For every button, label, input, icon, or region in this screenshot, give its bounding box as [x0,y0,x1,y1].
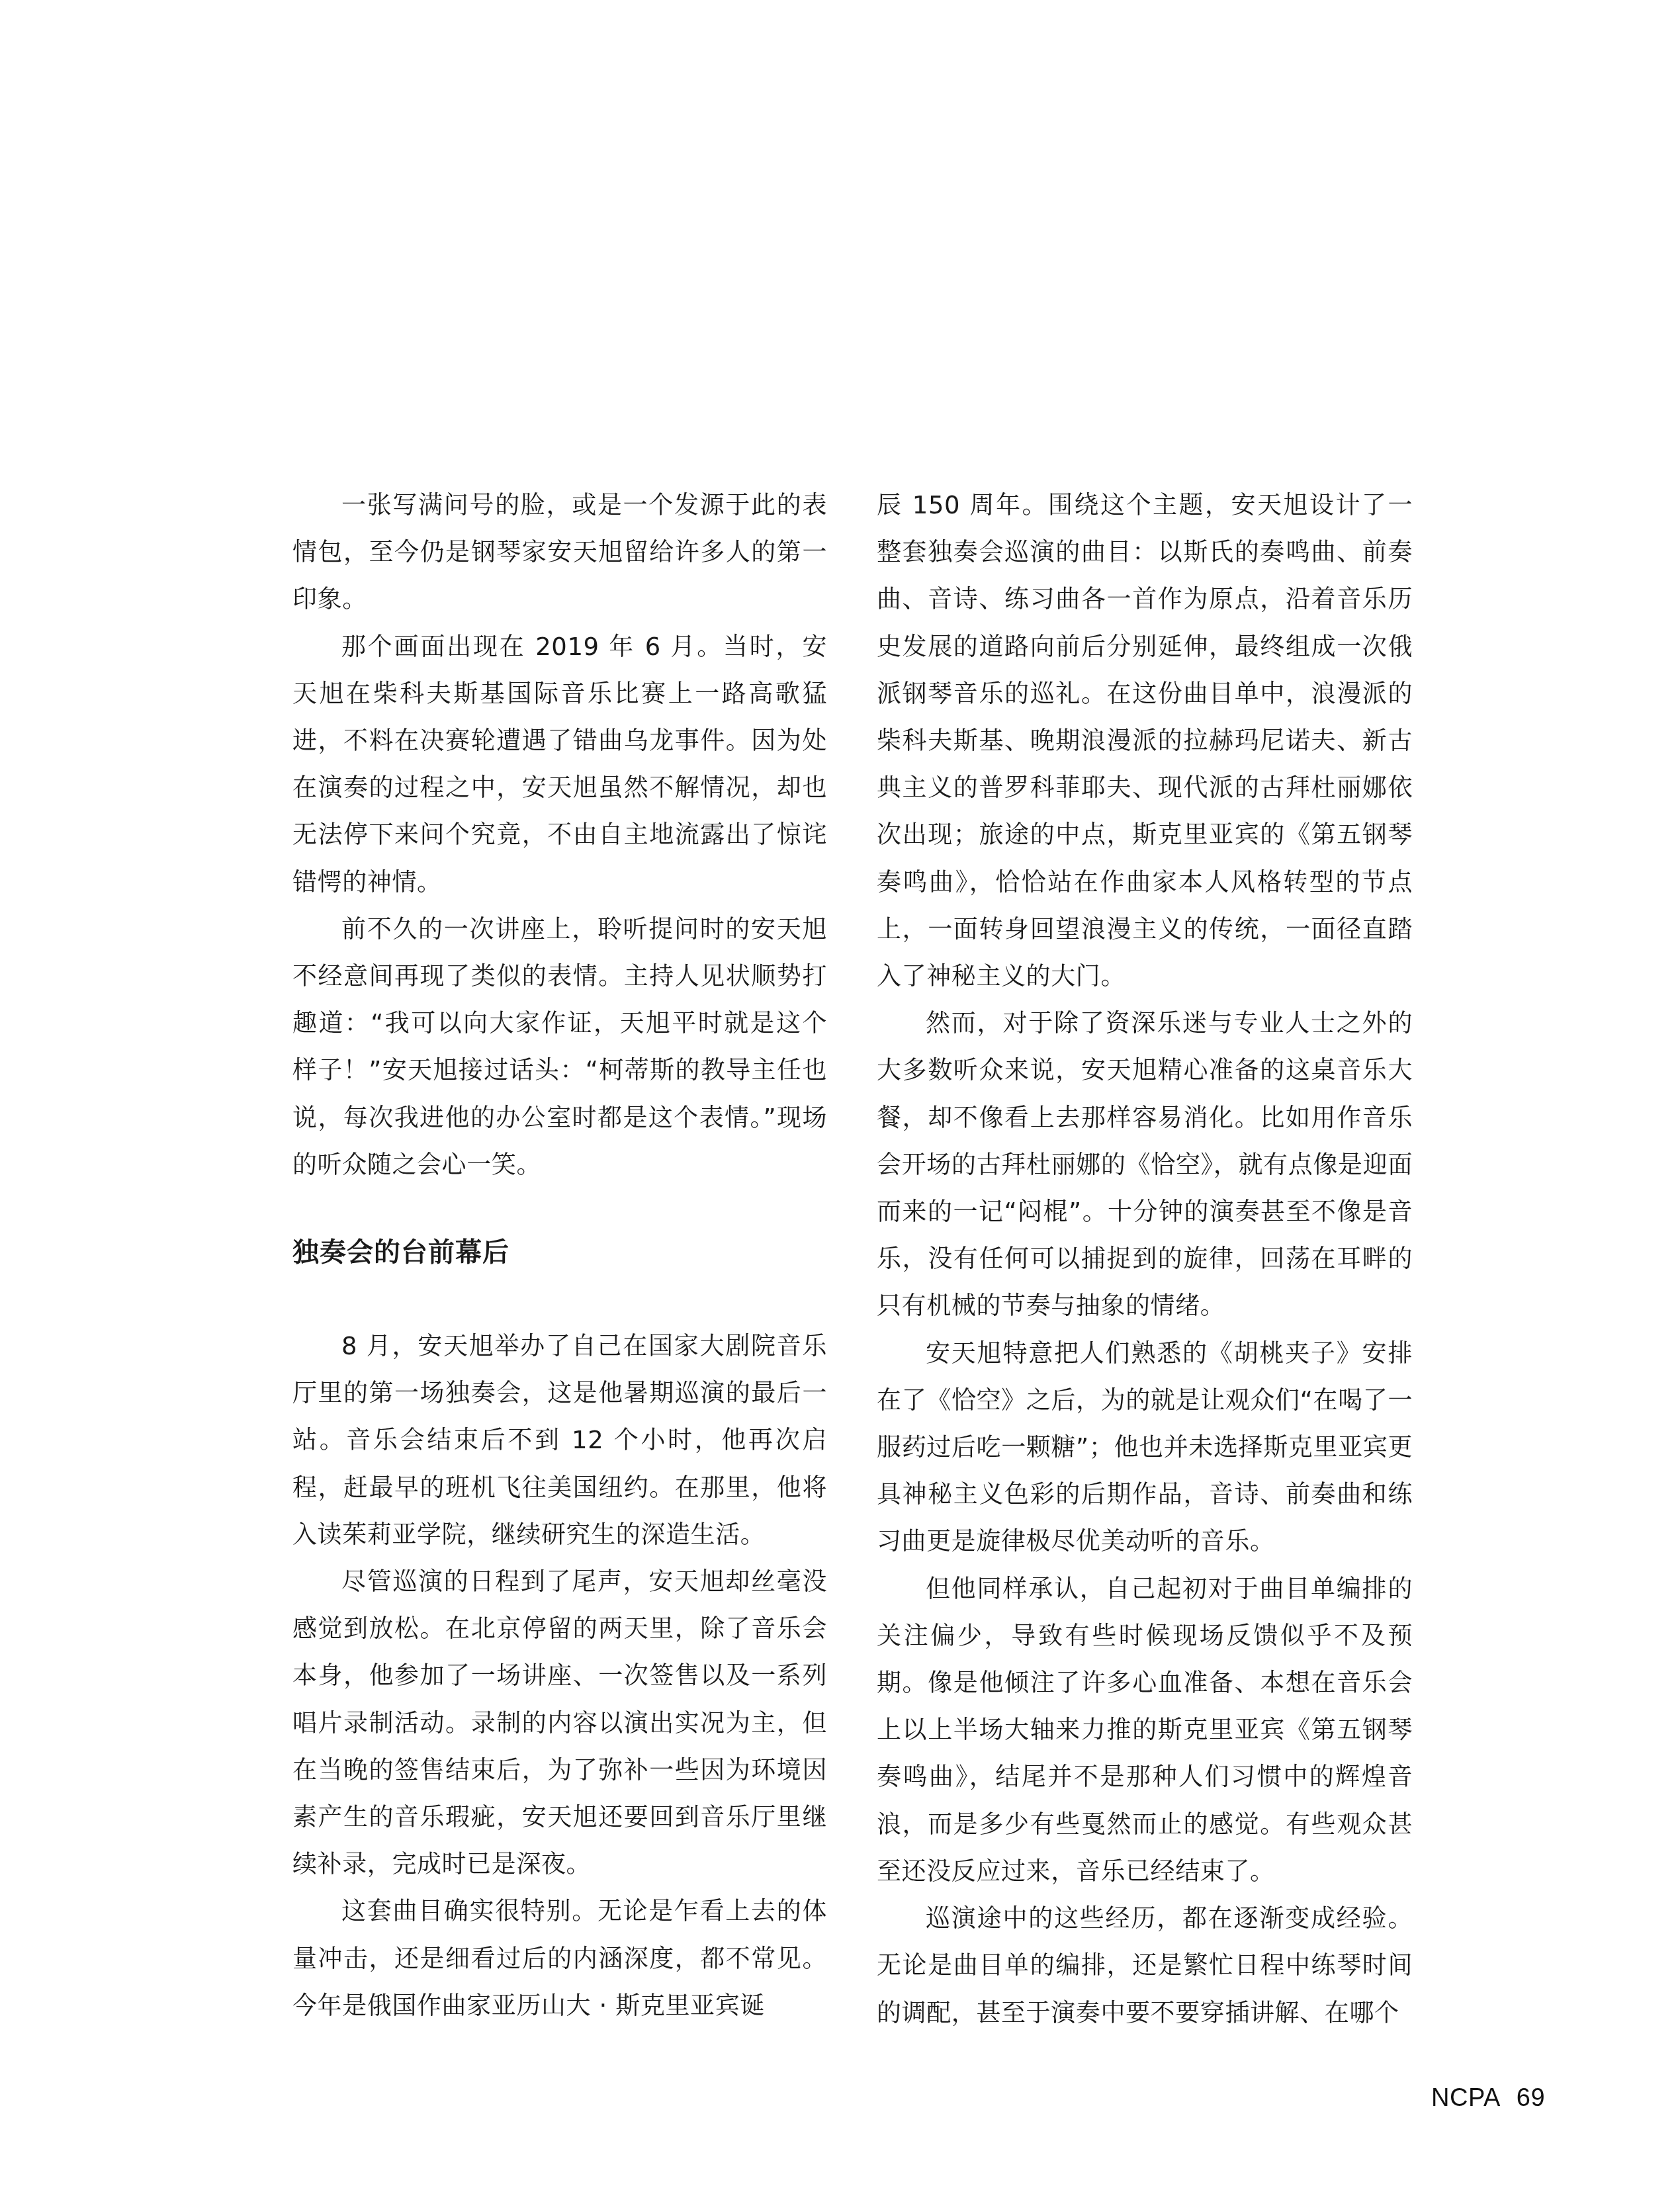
body-paragraph: 那个画面出现在 2019 年 6 月。当时，安天旭在柴科夫斯基国际音乐比赛上一路… [292,623,827,906]
body-paragraph: 这套曲目确实很特别。无论是乍看上去的体量冲击，还是细看过后的内涵深度，都不常见。… [292,1888,827,2029]
section-heading: 独奏会的台前幕后 [292,1239,509,1266]
body-paragraph: 一张写满问号的脸，或是一个发源于此的表情包，至今仍是钢琴家安天旭留给许多人的第一… [292,482,827,623]
left-column: 一张写满问号的脸，或是一个发源于此的表情包，至今仍是钢琴家安天旭留给许多人的第一… [292,482,827,2029]
page-footer: NCPA69 [1431,2084,1545,2113]
body-paragraph: 尽管巡演的日程到了尾声，安天旭却丝毫没感觉到放松。在北京停留的两天里，除了音乐会… [292,1558,827,1888]
body-paragraph: 8 月，安天旭举办了自己在国家大剧院音乐厅里的第一场独奏会，这是他暑期巡演的最后… [292,1323,827,1558]
body-paragraph: 前不久的一次讲座上，聆听提问时的安天旭不经意间再现了类似的表情。主持人见状顺势打… [292,906,827,1188]
body-paragraph: 然而，对于除了资深乐迷与专业人士之外的大多数听众来说，安天旭精心准备的这桌音乐大… [877,1000,1413,1329]
page-number: 69 [1517,2084,1545,2112]
section-heading-container: 独奏会的台前幕后 [292,1182,827,1323]
body-paragraph: 安天旭特意把人们熟悉的《胡桃夹子》安排在了《恰空》之后，为的就是让观众们“在喝了… [877,1330,1413,1565]
body-paragraph: 但他同样承认，自己起初对于曲目单编排的关注偏少，导致有些时候现场反馈似乎不及预期… [877,1565,1413,1895]
continued-paragraph: 辰 150 周年。围绕这个主题，安天旭设计了一整套独奏会巡演的曲目：以斯氏的奏鸣… [877,482,1413,1000]
right-column: 辰 150 周年。围绕这个主题，安天旭设计了一整套独奏会巡演的曲目：以斯氏的奏鸣… [877,482,1413,2036]
body-paragraph: 巡演途中的这些经历，都在逐渐变成经验。无论是曲目单的编排，还是繁忙日程中练琴时间… [877,1895,1413,2036]
publication-name: NCPA [1431,2084,1501,2112]
